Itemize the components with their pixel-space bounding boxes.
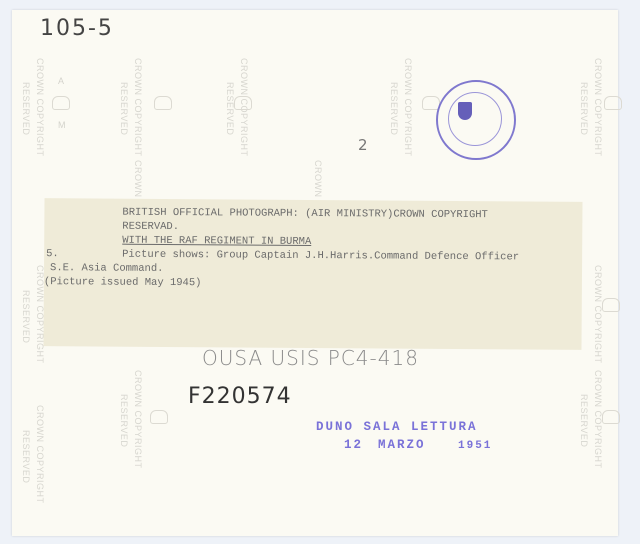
crown-icon: [602, 410, 620, 424]
watermark-reserved: RESERVED: [20, 430, 31, 483]
crown-icon: [150, 410, 168, 424]
watermark-reserved: RESERVED: [20, 82, 31, 135]
watermark-reserved: RESERVED: [388, 82, 399, 135]
caption-line-2: RESERVAD.: [122, 221, 179, 233]
caption-line-4: Picture shows: Group Captain J.H.Harris.…: [122, 249, 519, 264]
crown-icon: [602, 298, 620, 312]
stamp-library-text: DUNO SALA LETTURA: [316, 420, 478, 434]
stamp-date-day: 12: [344, 438, 363, 452]
stamp-date-month: MARZO: [378, 438, 426, 452]
crown-icon: [154, 96, 172, 110]
watermark-crown-copyright: CROWN COPYRIGHT: [34, 405, 45, 504]
caption-line-1: BRITISH OFFICIAL PHOTOGRAPH: (AIR MINIST…: [122, 207, 488, 222]
stamp-inner-ring: [448, 92, 502, 146]
stamp-date-year: 1951: [458, 440, 492, 452]
handwritten-mark: 2: [358, 136, 368, 154]
handwritten-number: 105-5: [40, 16, 114, 41]
watermark-reserved: RESERVED: [578, 394, 589, 447]
watermark-reserved: RESERVED: [118, 82, 129, 135]
typed-caption-label: BRITISH OFFICIAL PHOTOGRAPH: (AIR MINIST…: [43, 198, 582, 350]
handwritten-reference: OUSA USIS PC4-418: [202, 346, 419, 370]
watermark-reserved: RESERVED: [224, 82, 235, 135]
watermark-reserved: RESERVED: [20, 290, 31, 343]
caption-margin-number: 5.: [46, 248, 59, 260]
crown-icon: [234, 96, 252, 110]
caption-line-5: S.E. Asia Command.: [50, 262, 164, 275]
watermark-crown-copyright: CROWN COPYRIGHT: [592, 58, 603, 157]
coat-of-arms-icon: [458, 102, 472, 120]
watermark-crown-copyright: CROWN COPYRIGHT: [132, 370, 143, 469]
crown-icon: [604, 96, 622, 110]
watermark-letter-a: A: [58, 76, 64, 86]
round-stamp: [436, 80, 516, 160]
caption-line-6: (Picture issued May 1945): [44, 276, 202, 289]
watermark-crown-copyright: CROWN COPYRIGHT: [132, 58, 143, 157]
watermark-crown-copyright: CROWN COPYRIGHT: [402, 58, 413, 157]
handwritten-code: F220574: [188, 384, 292, 409]
watermark-crown-copyright: CROWN COPYRIGHT: [34, 58, 45, 157]
caption-title: WITH THE RAF REGIMENT IN BURMA: [122, 235, 311, 248]
watermark-reserved: RESERVED: [578, 82, 589, 135]
watermark-letter-m: M: [58, 120, 66, 130]
watermark-reserved: RESERVED: [118, 394, 129, 447]
crown-icon: [52, 96, 70, 110]
watermark-crown-copyright: CROWN COPYRIGHT: [592, 265, 603, 364]
